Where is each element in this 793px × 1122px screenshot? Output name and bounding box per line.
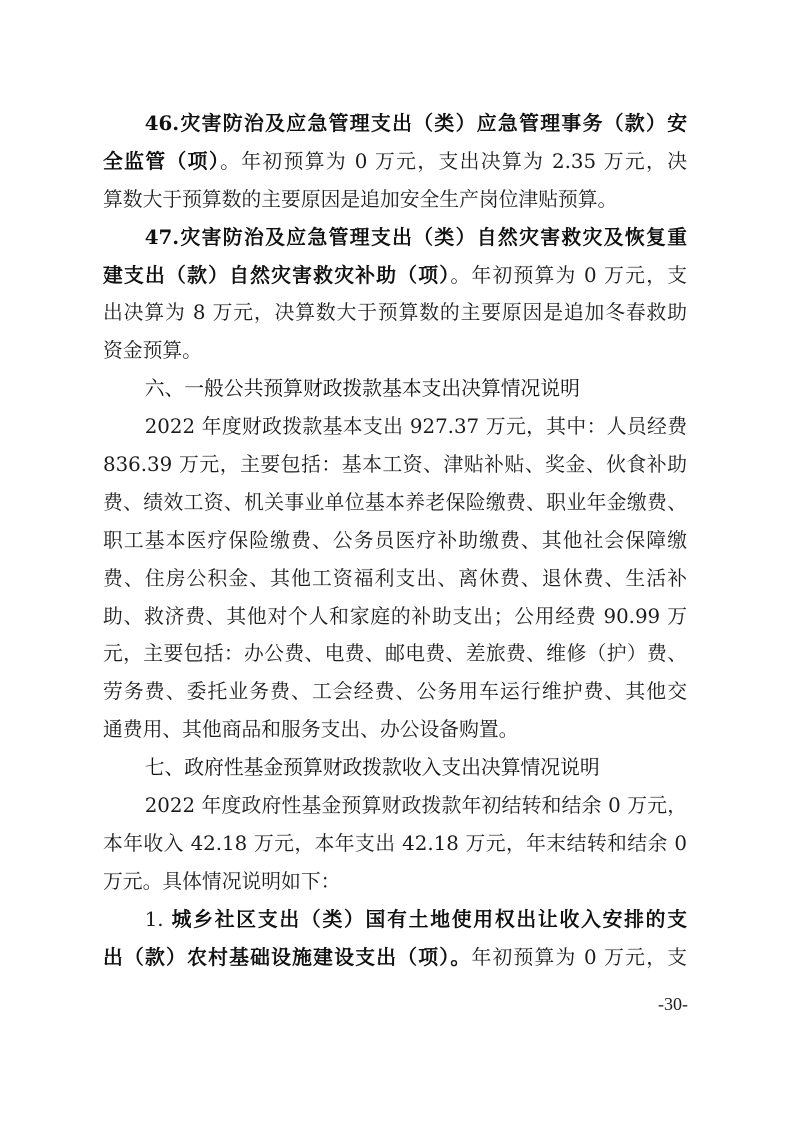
text-line: 费、绩效工资、机关事业单位基本养老保险缴费、职业年金缴费、 <box>103 484 687 522</box>
section-heading-7: 七、政府性基金预算财政拨款收入支出决算情况说明 <box>103 749 687 787</box>
text-line: 万元。具体情况说明如下： <box>103 863 687 901</box>
item-title: 城乡社区支出（类）国有土地使用权出让收入安排的支 <box>172 907 687 931</box>
item-title: 出（款）农村基础设施建设支出（项）。 <box>103 945 471 969</box>
paragraph-item-1: 1. 城乡社区支出（类）国有土地使用权出让收入安排的支 出（款）农村基础设施建设… <box>103 901 687 977</box>
document-body: 46.灾害防治及应急管理支出（类）应急管理事务（款）安 全监管（项）。年初预算为… <box>103 105 687 976</box>
item-title: 46.灾害防治及应急管理支出（类）应急管理事务（款）安 <box>145 111 687 135</box>
item-text: 。年初预算为 0 万元，支 <box>450 264 687 287</box>
text-line: 助、救济费、其他对个人和家庭的补助支出；公用经费 90.99 万 <box>103 598 687 636</box>
text-line: 元，主要包括：办公费、电费、邮电费、差旅费、维修（护）费、 <box>103 635 687 673</box>
text-line: 本年收入 42.18 万元，本年支出 42.18 万元，年末结转和结余 0 <box>103 825 687 863</box>
page-number: -30- <box>658 993 688 1015</box>
text-line: 资金预算。 <box>103 332 687 370</box>
item-title: 全监管（项） <box>103 149 220 173</box>
text-line: 1. 城乡社区支出（类）国有土地使用权出让收入安排的支 <box>103 901 687 939</box>
text-line: 出（款）农村基础设施建设支出（项）。年初预算为 0 万元，支 <box>103 939 687 977</box>
text-line: 建支出（款）自然灾害救灾补助（项）。年初预算为 0 万元，支 <box>103 257 687 295</box>
paragraph-basic-expenditure: 2022 年度财政拨款基本支出 927.37 万元，其中：人员经费 836.39… <box>103 408 687 749</box>
text-line: 全监管（项）。年初预算为 0 万元，支出决算为 2.35 万元，决 <box>103 143 687 181</box>
text-line: 通费用、其他商品和服务支出、办公设备购置。 <box>103 711 687 749</box>
item-text: 算数大于预算数的主要原因是追加安全生产岗位津贴预算。 <box>103 188 617 211</box>
text-line: 836.39 万元，主要包括：基本工资、津贴补贴、奖金、伙食补助 <box>103 446 687 484</box>
item-title: 47.灾害防治及应急管理支出（类）自然灾害救灾及恢复重 <box>145 225 687 249</box>
item-text: 年初预算为 0 万元，支 <box>471 946 687 969</box>
text-line: 46.灾害防治及应急管理支出（类）应急管理事务（款）安 <box>103 105 687 143</box>
item-title: 建支出（款）自然灾害救灾补助（项） <box>103 263 450 287</box>
text-line: 费、住房公积金、其他工资福利支出、离休费、退休费、生活补 <box>103 560 687 598</box>
item-text: 出决算为 8 万元，决算数大于预算数的主要原因是追加冬春救助 <box>103 301 687 324</box>
text-line: 47.灾害防治及应急管理支出（类）自然灾害救灾及恢复重 <box>103 219 687 257</box>
paragraph-gov-fund: 2022 年度政府性基金预算财政拨款年初结转和结余 0 万元， 本年收入 42.… <box>103 787 687 901</box>
paragraph-item-47: 47.灾害防治及应急管理支出（类）自然灾害救灾及恢复重 建支出（款）自然灾害救灾… <box>103 219 687 371</box>
item-text: 。年初预算为 0 万元，支出决算为 2.35 万元，决 <box>220 150 687 173</box>
text-line: 2022 年度财政拨款基本支出 927.37 万元，其中：人员经费 <box>103 408 687 446</box>
text-line: 职工基本医疗保险缴费、公务员医疗补助缴费、其他社会保障缴 <box>103 522 687 560</box>
text-line: 劳务费、委托业务费、工会经费、公务用车运行维护费、其他交 <box>103 673 687 711</box>
item-number: 1. <box>145 908 172 931</box>
paragraph-item-46: 46.灾害防治及应急管理支出（类）应急管理事务（款）安 全监管（项）。年初预算为… <box>103 105 687 219</box>
document-page: 46.灾害防治及应急管理支出（类）应急管理事务（款）安 全监管（项）。年初预算为… <box>0 0 793 1122</box>
text-line: 2022 年度政府性基金预算财政拨款年初结转和结余 0 万元， <box>103 787 687 825</box>
text-line: 出决算为 8 万元，决算数大于预算数的主要原因是追加冬春救助 <box>103 294 687 332</box>
item-text: 资金预算。 <box>103 339 202 362</box>
text-line: 算数大于预算数的主要原因是追加安全生产岗位津贴预算。 <box>103 181 687 219</box>
section-heading-6: 六、一般公共预算财政拨款基本支出决算情况说明 <box>103 370 687 408</box>
